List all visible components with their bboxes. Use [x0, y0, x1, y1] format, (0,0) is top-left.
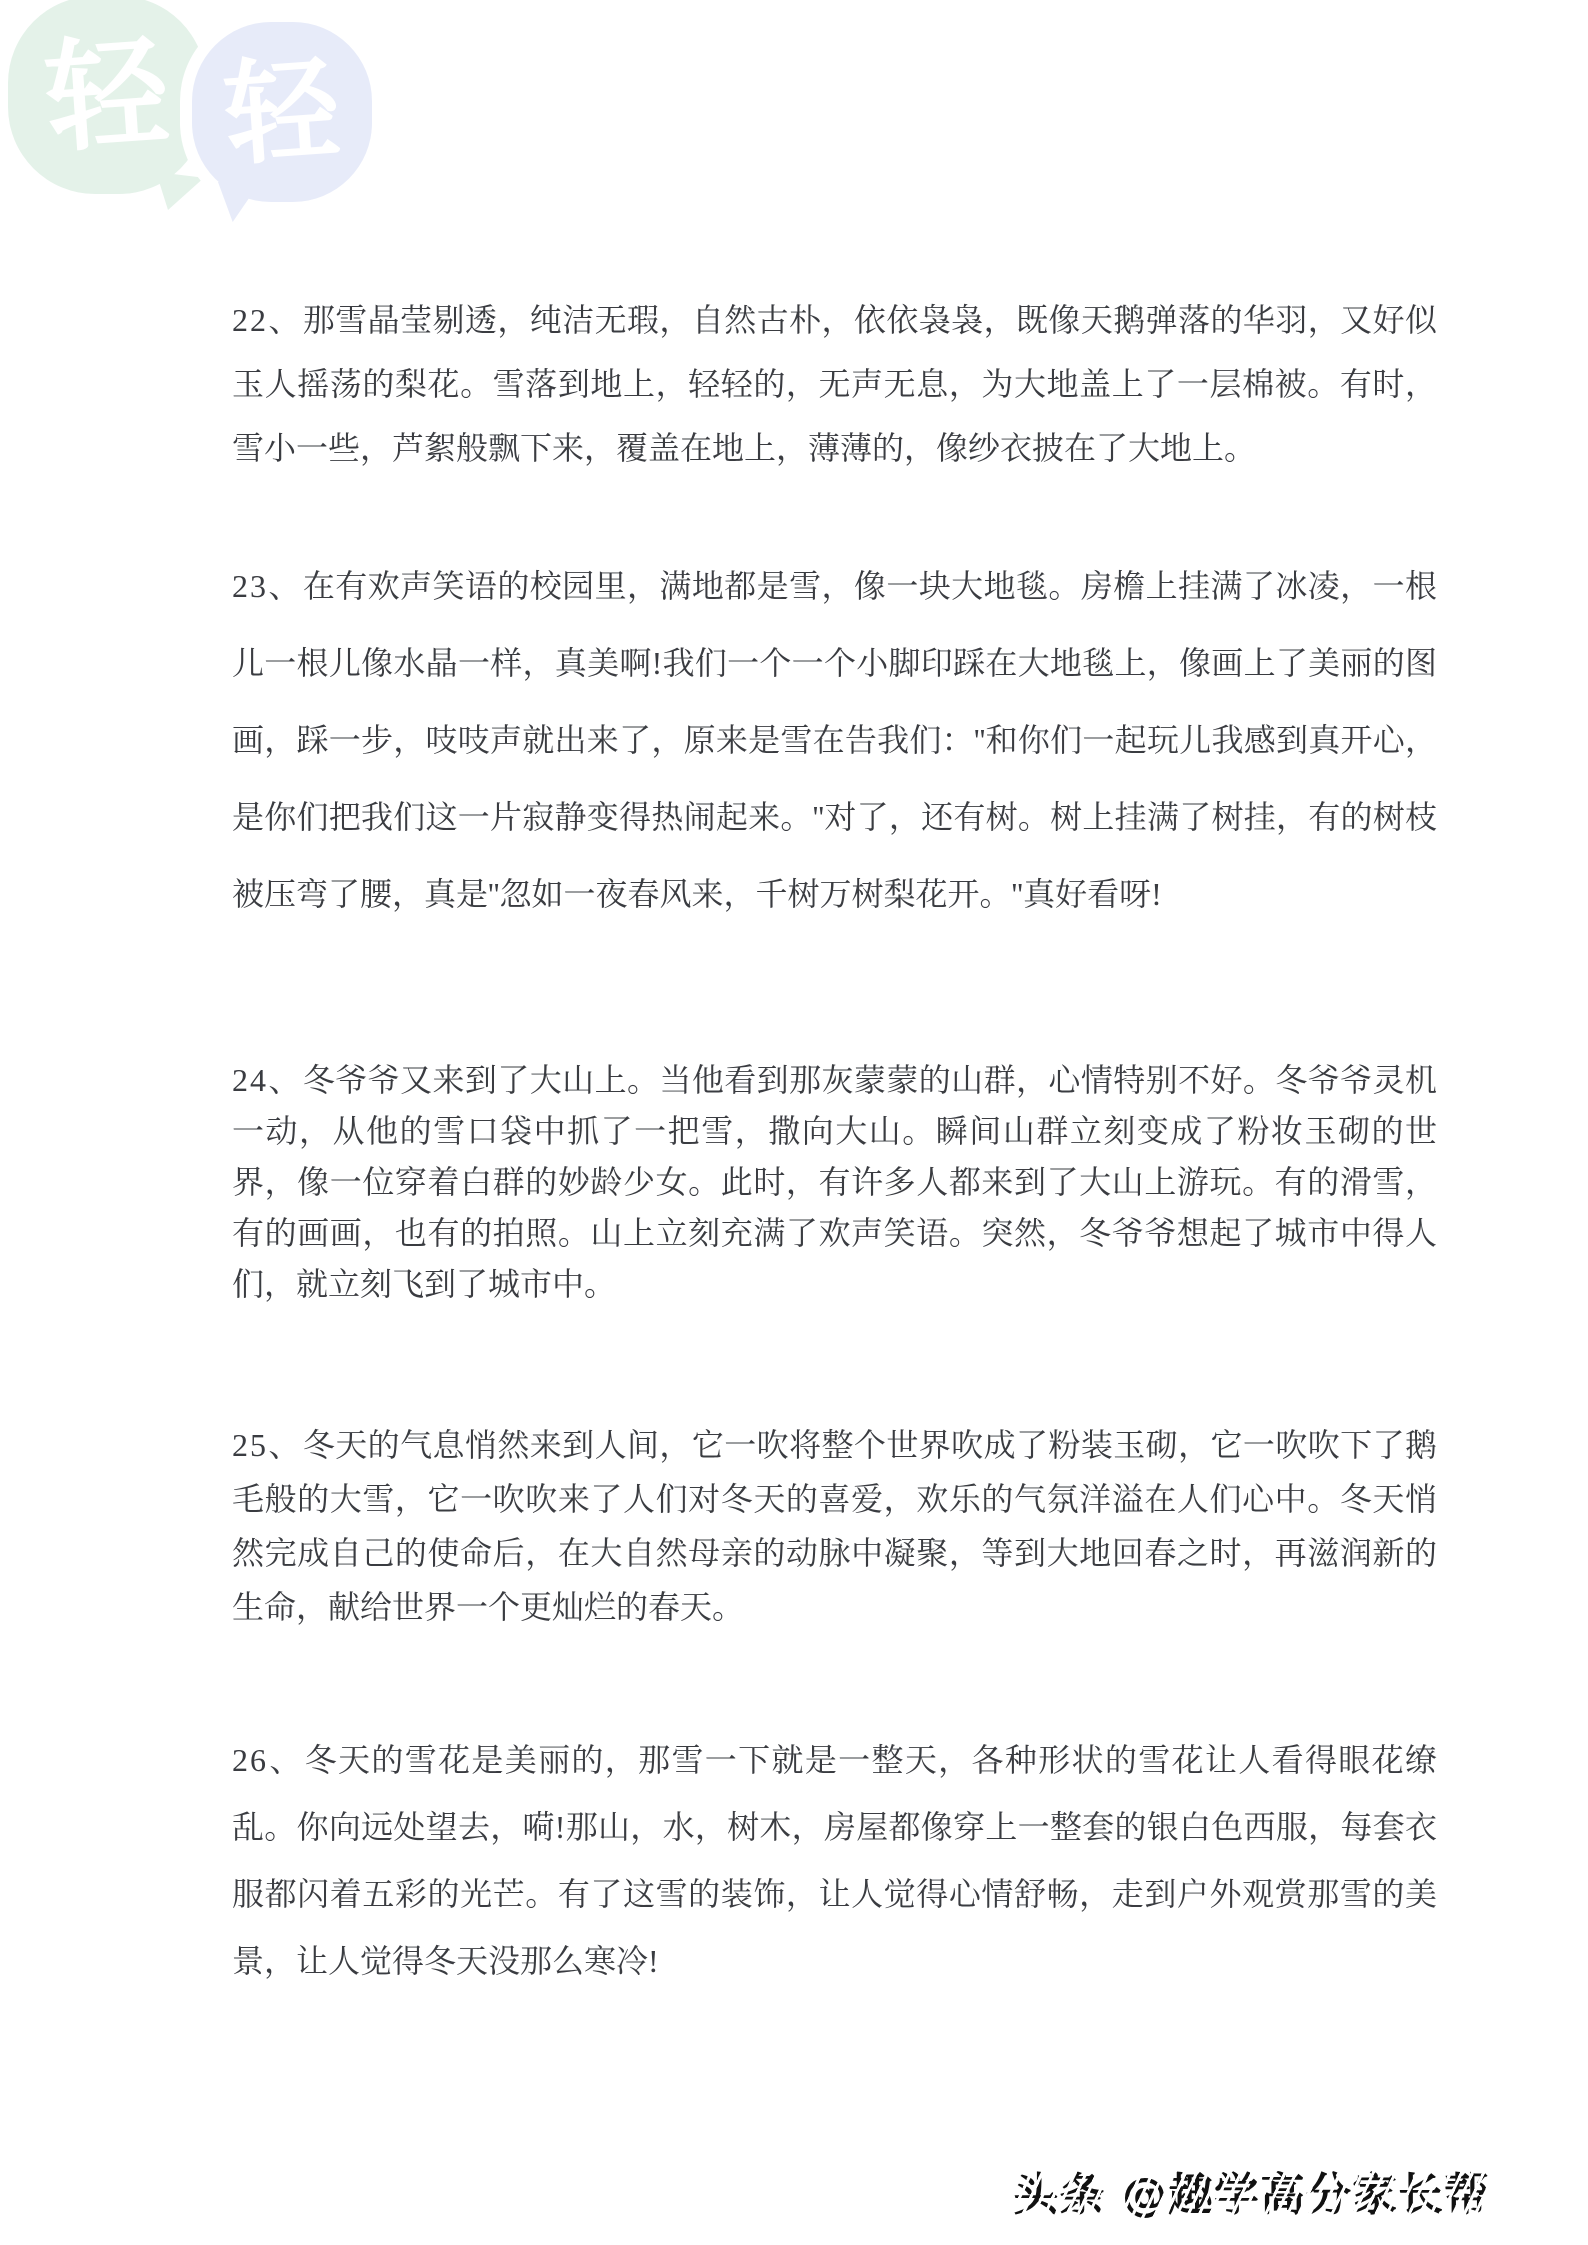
paragraph-25-number: 25、	[232, 1427, 303, 1463]
paragraph-23-text: 在有欢声笑语的校园里，满地都是雪，像一块大地毯。房檐上挂满了冰凌，一根儿一根儿像…	[232, 568, 1437, 912]
logo-bubble-green-icon: 轻	[8, 0, 206, 194]
paragraph-22-text: 那雪晶莹剔透，纯洁无瑕，自然古朴，依依袅袅，既像天鹅弹落的华羽，又好似玉人摇荡的…	[232, 302, 1437, 466]
paragraph-list: 22、那雪晶莹剔透，纯洁无瑕，自然古朴，依依袅袅，既像天鹅弹落的华羽，又好似玉人…	[232, 0, 1437, 1995]
watermark: 头条 @趣学高分家长帮	[1013, 2158, 1490, 2223]
paragraph-25-text: 冬天的气息悄然来到人间，它一吹将整个世界吹成了粉装玉砌，它一吹吹下了鹅毛般的大雪…	[232, 1427, 1437, 1625]
logo-char-right: 轻	[221, 51, 343, 173]
paragraph-23: 23、在有欢声笑语的校园里，满地都是雪，像一块大地毯。房檐上挂满了冰凌，一根儿一…	[232, 548, 1437, 933]
paragraph-23-number: 23、	[232, 568, 303, 604]
paragraph-25: 25、冬天的气息悄然来到人间，它一吹将整个世界吹成了粉装玉砌，它一吹吹下了鹅毛般…	[232, 1418, 1437, 1634]
paragraph-22: 22、那雪晶莹剔透，纯洁无瑕，自然古朴，依依袅袅，既像天鹅弹落的华羽，又好似玉人…	[232, 288, 1437, 480]
paragraph-22-number: 22、	[232, 302, 303, 338]
paragraph-26-number: 26、	[232, 1742, 305, 1778]
watermark-text: 头条 @趣学高分家长帮	[1013, 2168, 1490, 2221]
document-page: 轻 轻 22、那雪晶莹剔透，纯洁无瑕，自然古朴，依依袅袅，既像天鹅弹落的华羽，又…	[0, 0, 1588, 2245]
paragraph-24-text: 冬爷爷又来到了大山上。当他看到那灰蒙蒙的山群，心情特别不好。冬爷爷灵机一动，从他…	[232, 1062, 1437, 1302]
logo-char-left: 轻	[42, 30, 172, 160]
paragraph-24: 24、冬爷爷又来到了大山上。当他看到那灰蒙蒙的山群，心情特别不好。冬爷爷灵机一动…	[232, 1055, 1437, 1310]
paragraph-24-number: 24、	[232, 1062, 303, 1098]
logo-bubble-blue-icon: 轻	[192, 22, 372, 202]
paragraph-26: 26、冬天的雪花是美丽的，那雪一下就是一整天，各种形状的雪花让人看得眼花缭乱。你…	[232, 1727, 1437, 1995]
paragraph-26-text: 冬天的雪花是美丽的，那雪一下就是一整天，各种形状的雪花让人看得眼花缭乱。你向远处…	[232, 1742, 1437, 1979]
